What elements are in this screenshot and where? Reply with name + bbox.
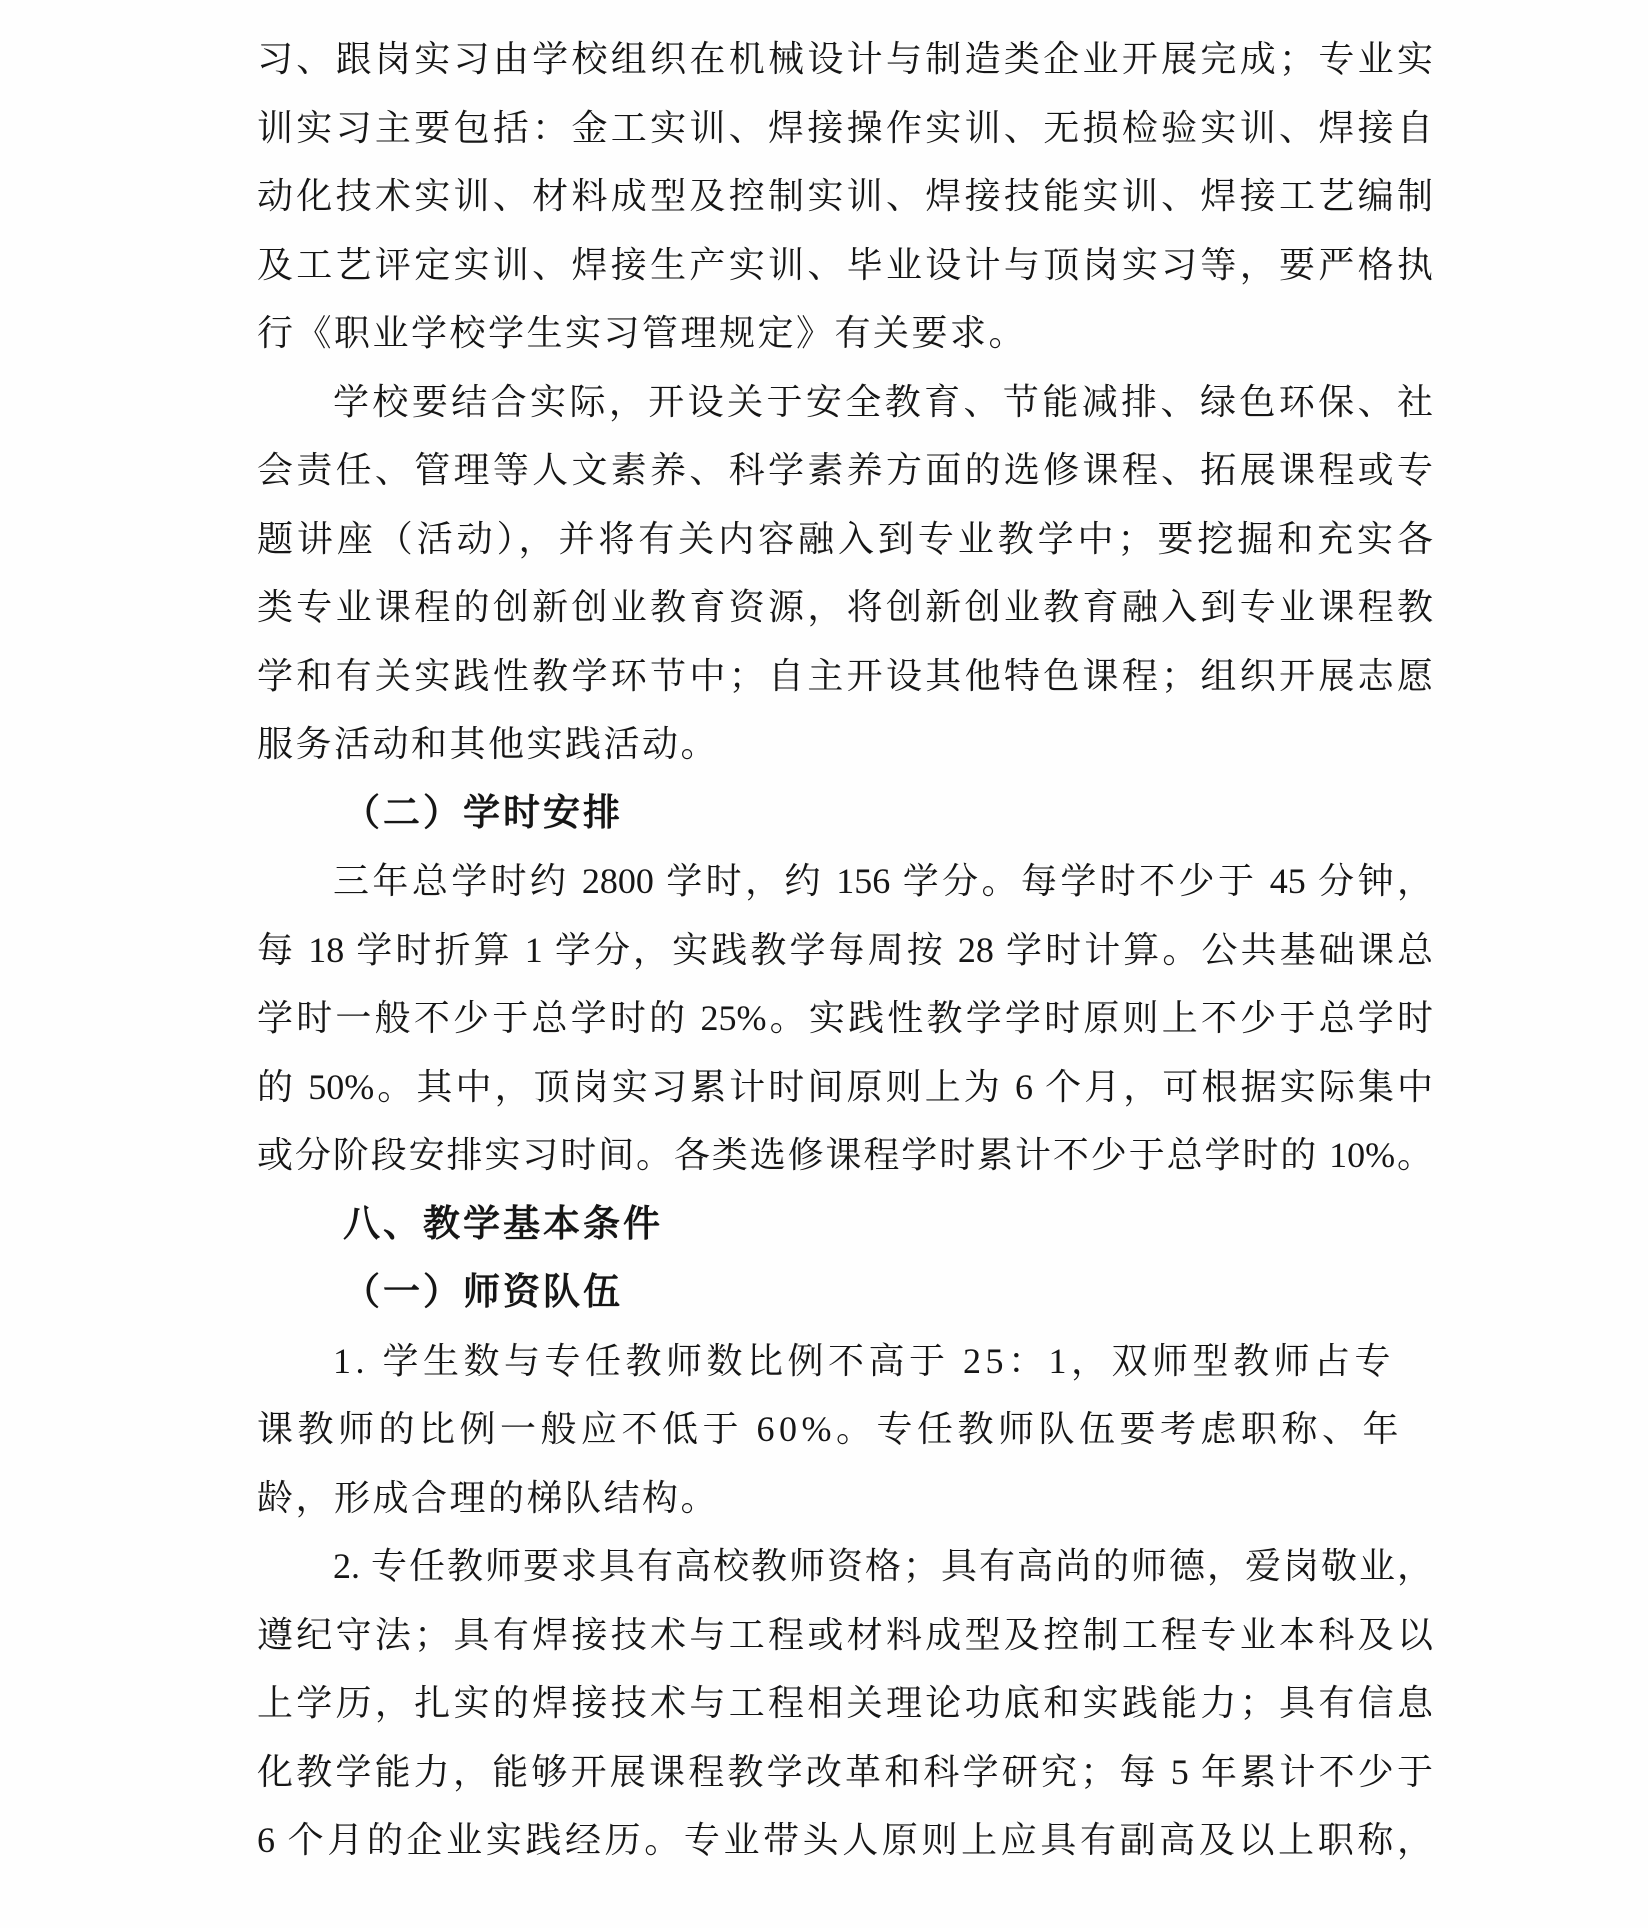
body-line: 题讲座（活动），并将有关内容融入到专业教学中；要挖掘和充实各: [257, 505, 1433, 574]
heading-faculty-team: （一）师资队伍: [257, 1258, 1433, 1327]
document-text-block: 习、跟岗实习由学校组织在机械设计与制造类企业开展完成；专业实 训实习主要包括：金…: [257, 25, 1433, 1875]
body-line-paragraph-start: 1. 学生数与专任教师数比例不高于 25：1，双师型教师占专业: [257, 1327, 1433, 1396]
body-line: 的 50%。其中，顶岗实习累计时间原则上为 6 个月，可根据实际集中: [257, 1053, 1433, 1122]
body-line: 会责任、管理等人文素养、科学素养方面的选修课程、拓展课程或专: [257, 436, 1433, 505]
body-line: 每 18 学时折算 1 学分，实践教学每周按 28 学时计算。公共基础课总: [257, 916, 1433, 985]
body-line: 类专业课程的创新创业教育资源，将创新创业教育融入到专业课程教: [257, 573, 1433, 642]
heading-study-hours-arrangement: （二）学时安排: [257, 779, 1433, 848]
body-line: 动化技术实训、材料成型及控制实训、焊接技能实训、焊接工艺编制: [257, 162, 1433, 231]
body-line: 遵纪守法；具有焊接技术与工程或材料成型及控制工程专业本科及以: [257, 1601, 1433, 1670]
document-page: 习、跟岗实习由学校组织在机械设计与制造类企业开展完成；专业实 训实习主要包括：金…: [0, 0, 1648, 1928]
body-line: 学时一般不少于总学时的 25%。实践性教学学时原则上不少于总学时: [257, 984, 1433, 1053]
body-line: 训实习主要包括：金工实训、焊接操作实训、无损检验实训、焊接自: [257, 94, 1433, 163]
body-line: 课教师的比例一般应不低于 60%。专任教师队伍要考虑职称、年: [257, 1395, 1433, 1464]
body-line: 学和有关实践性教学环节中；自主开设其他特色课程；组织开展志愿: [257, 642, 1433, 711]
body-line: 上学历，扎实的焊接技术与工程相关理论功底和实践能力；具有信息: [257, 1669, 1433, 1738]
body-line: 习、跟岗实习由学校组织在机械设计与制造类企业开展完成；专业实: [257, 25, 1433, 94]
body-line-paragraph-end: 或分阶段安排实习时间。各类选修课程学时累计不少于总学时的 10%。: [257, 1121, 1433, 1190]
heading-teaching-basic-conditions: 八、教学基本条件: [257, 1190, 1433, 1259]
body-line: 6 个月的企业实践经历。专业带头人原则上应具有副高及以上职称，: [257, 1806, 1433, 1875]
body-line: 化教学能力，能够开展课程教学改革和科学研究；每 5 年累计不少于: [257, 1738, 1433, 1807]
body-line-paragraph-start: 2. 专任教师要求具有高校教师资格；具有高尚的师德，爱岗敬业，: [257, 1532, 1433, 1601]
body-line-paragraph-start: 学校要结合实际，开设关于安全教育、节能减排、绿色环保、社: [257, 368, 1433, 437]
body-line: 及工艺评定实训、焊接生产实训、毕业设计与顶岗实习等，要严格执: [257, 231, 1433, 300]
body-line-paragraph-end: 服务活动和其他实践活动。: [257, 710, 1433, 779]
body-line-paragraph-end: 龄，形成合理的梯队结构。: [257, 1464, 1433, 1533]
body-line-paragraph-end: 行《职业学校学生实习管理规定》有关要求。: [257, 299, 1433, 368]
body-line-paragraph-start: 三年总学时约 2800 学时，约 156 学分。每学时不少于 45 分钟，: [257, 847, 1433, 916]
